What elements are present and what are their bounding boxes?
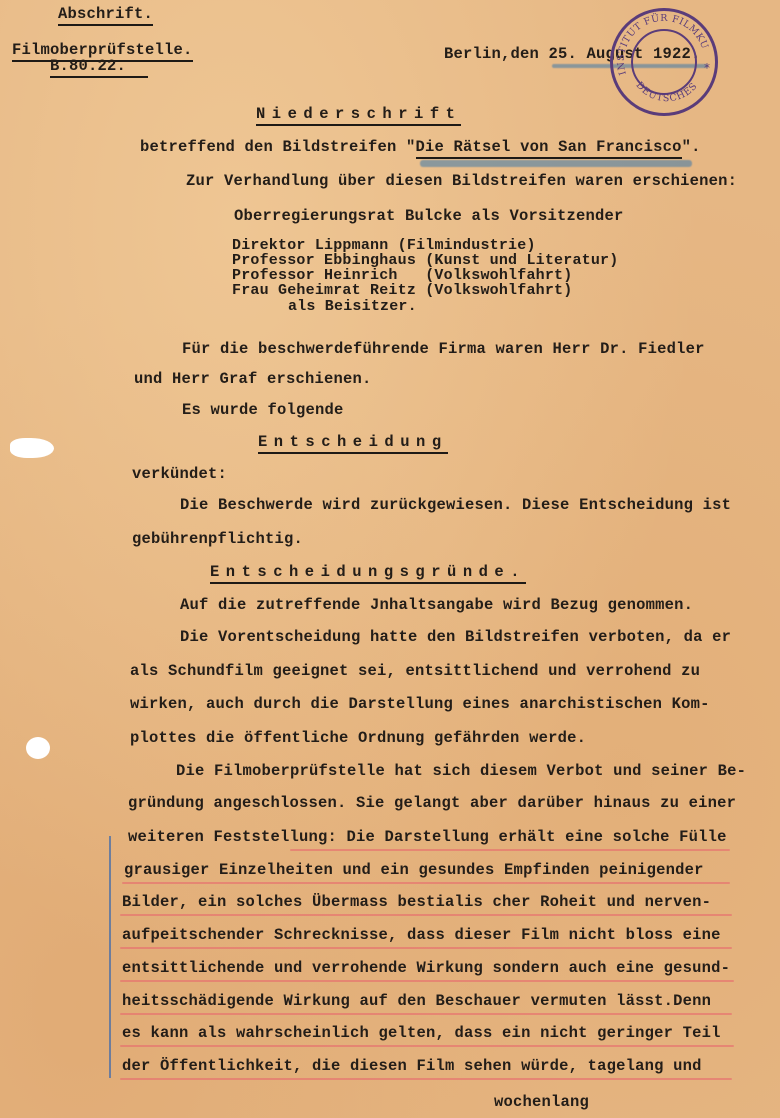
reasons-line: grausiger Einzelheiten und ein gesundes … (124, 861, 704, 879)
reasons-line: als Schundfilm geeignet sei, entsittlich… (130, 662, 700, 680)
red-pencil-underline (120, 1078, 732, 1080)
institute-stamp: INSTITUT FÜR FILMKUNDE E.V. DEUTSCHES * (610, 8, 718, 116)
stamp-text-ring: INSTITUT FÜR FILMKUNDE E.V. DEUTSCHES * (610, 8, 718, 116)
chair: Oberregierungsrat Bulcke als Vorsitzende… (234, 207, 624, 225)
appellant-line-2: und Herr Graf erschienen. (134, 370, 372, 388)
member-name: Frau Geheimrat Reitz (232, 282, 416, 299)
reasons-heading: Entscheidungsgründe. (210, 563, 526, 584)
red-pencil-underline (120, 1045, 734, 1047)
reasons-line: Auf die zutreffende Jnhaltsangabe wird B… (180, 596, 693, 614)
copy-label: Abschrift. (58, 5, 153, 26)
decision-intro: Es wurde folgende (182, 401, 344, 419)
members-role: als Beisitzer. (288, 299, 417, 314)
subject-prefix: betreffend den Bildstreifen " (140, 138, 416, 156)
red-pencil-underline (122, 882, 730, 884)
member-row: Professor Heinrich (Volkswohlfahrt) (232, 268, 572, 283)
punch-hole-bottom (26, 737, 50, 759)
subject-line: betreffend den Bildstreifen "Die Rätsel … (140, 138, 701, 156)
reasons-line: wirken, auch durch die Darstellung eines… (130, 695, 710, 713)
svg-text:DEUTSCHES: DEUTSCHES (633, 80, 699, 104)
reasons-line: es kann als wahrscheinlich gelten, dass … (122, 1024, 721, 1042)
reasons-line: entsittlichende und verrohende Wirkung s… (122, 959, 730, 977)
red-pencil-underline (120, 947, 732, 949)
red-pencil-underline (120, 1013, 732, 1015)
subject-suffix: ". (682, 138, 701, 156)
appellant-line-1: Für die beschwerdeführende Firma waren H… (182, 340, 705, 358)
svg-text:*: * (704, 61, 710, 75)
punch-hole-top (10, 438, 54, 458)
svg-text:INSTITUT FÜR FILMKUNDE E.V.: INSTITUT FÜR FILMKUNDE E.V. (610, 8, 710, 76)
announced-label: verkündet: (132, 465, 227, 483)
reasons-line: Die Vorentscheidung hatte den Bildstreif… (180, 628, 731, 646)
member-row: Professor Ebbinghaus (Kunst und Literatu… (232, 253, 618, 268)
reasons-line: der Öffentlichkeit, die diesen Film sehe… (122, 1057, 702, 1075)
reasons-line: gründung angeschlossen. Sie gelangt aber… (128, 794, 736, 812)
blue-margin-line (109, 836, 111, 1078)
reasons-line: aufpeitschender Schrecknisse, dass diese… (122, 926, 721, 944)
decision-text-2: gebührenpflichtig. (132, 530, 303, 548)
attendance-intro: Zur Verhandlung über diesen Bildstreifen… (186, 172, 737, 190)
member-row: Direktor Lippmann (Filmindustrie) (232, 238, 536, 253)
member-row: Frau Geheimrat Reitz (Volkswohlfahrt) (232, 283, 572, 298)
decision-heading: Entscheidung (258, 433, 448, 454)
red-pencil-underline (120, 914, 732, 916)
document-page: Abschrift. Filmoberprüfstelle. B.80.22. … (0, 0, 780, 1118)
reasons-line: weiteren Feststellung: Die Darstellung e… (128, 828, 727, 846)
document-title: Niederschrift (256, 105, 461, 126)
decision-text-1: Die Beschwerde wird zurückgewiesen. Dies… (180, 496, 731, 514)
reasons-line: plottes die öffentliche Ordnung gefährde… (130, 729, 586, 747)
red-pencil-underline (120, 980, 734, 982)
continuation-word: wochenlang (494, 1093, 589, 1111)
reasons-line: Bilder, ein solches Übermass bestialis c… (122, 893, 711, 911)
file-number: B.80.22. (50, 57, 148, 78)
reasons-line: Die Filmoberprüfstelle hat sich diesem V… (176, 762, 746, 780)
red-pencil-underline (290, 849, 730, 851)
blue-pencil-underline-title (420, 160, 692, 167)
reasons-line: heitsschädigende Wirkung auf den Beschau… (122, 992, 711, 1010)
film-title: Die Rätsel von San Francisco (416, 138, 682, 159)
member-area: (Volkswohlfahrt) (425, 282, 572, 299)
